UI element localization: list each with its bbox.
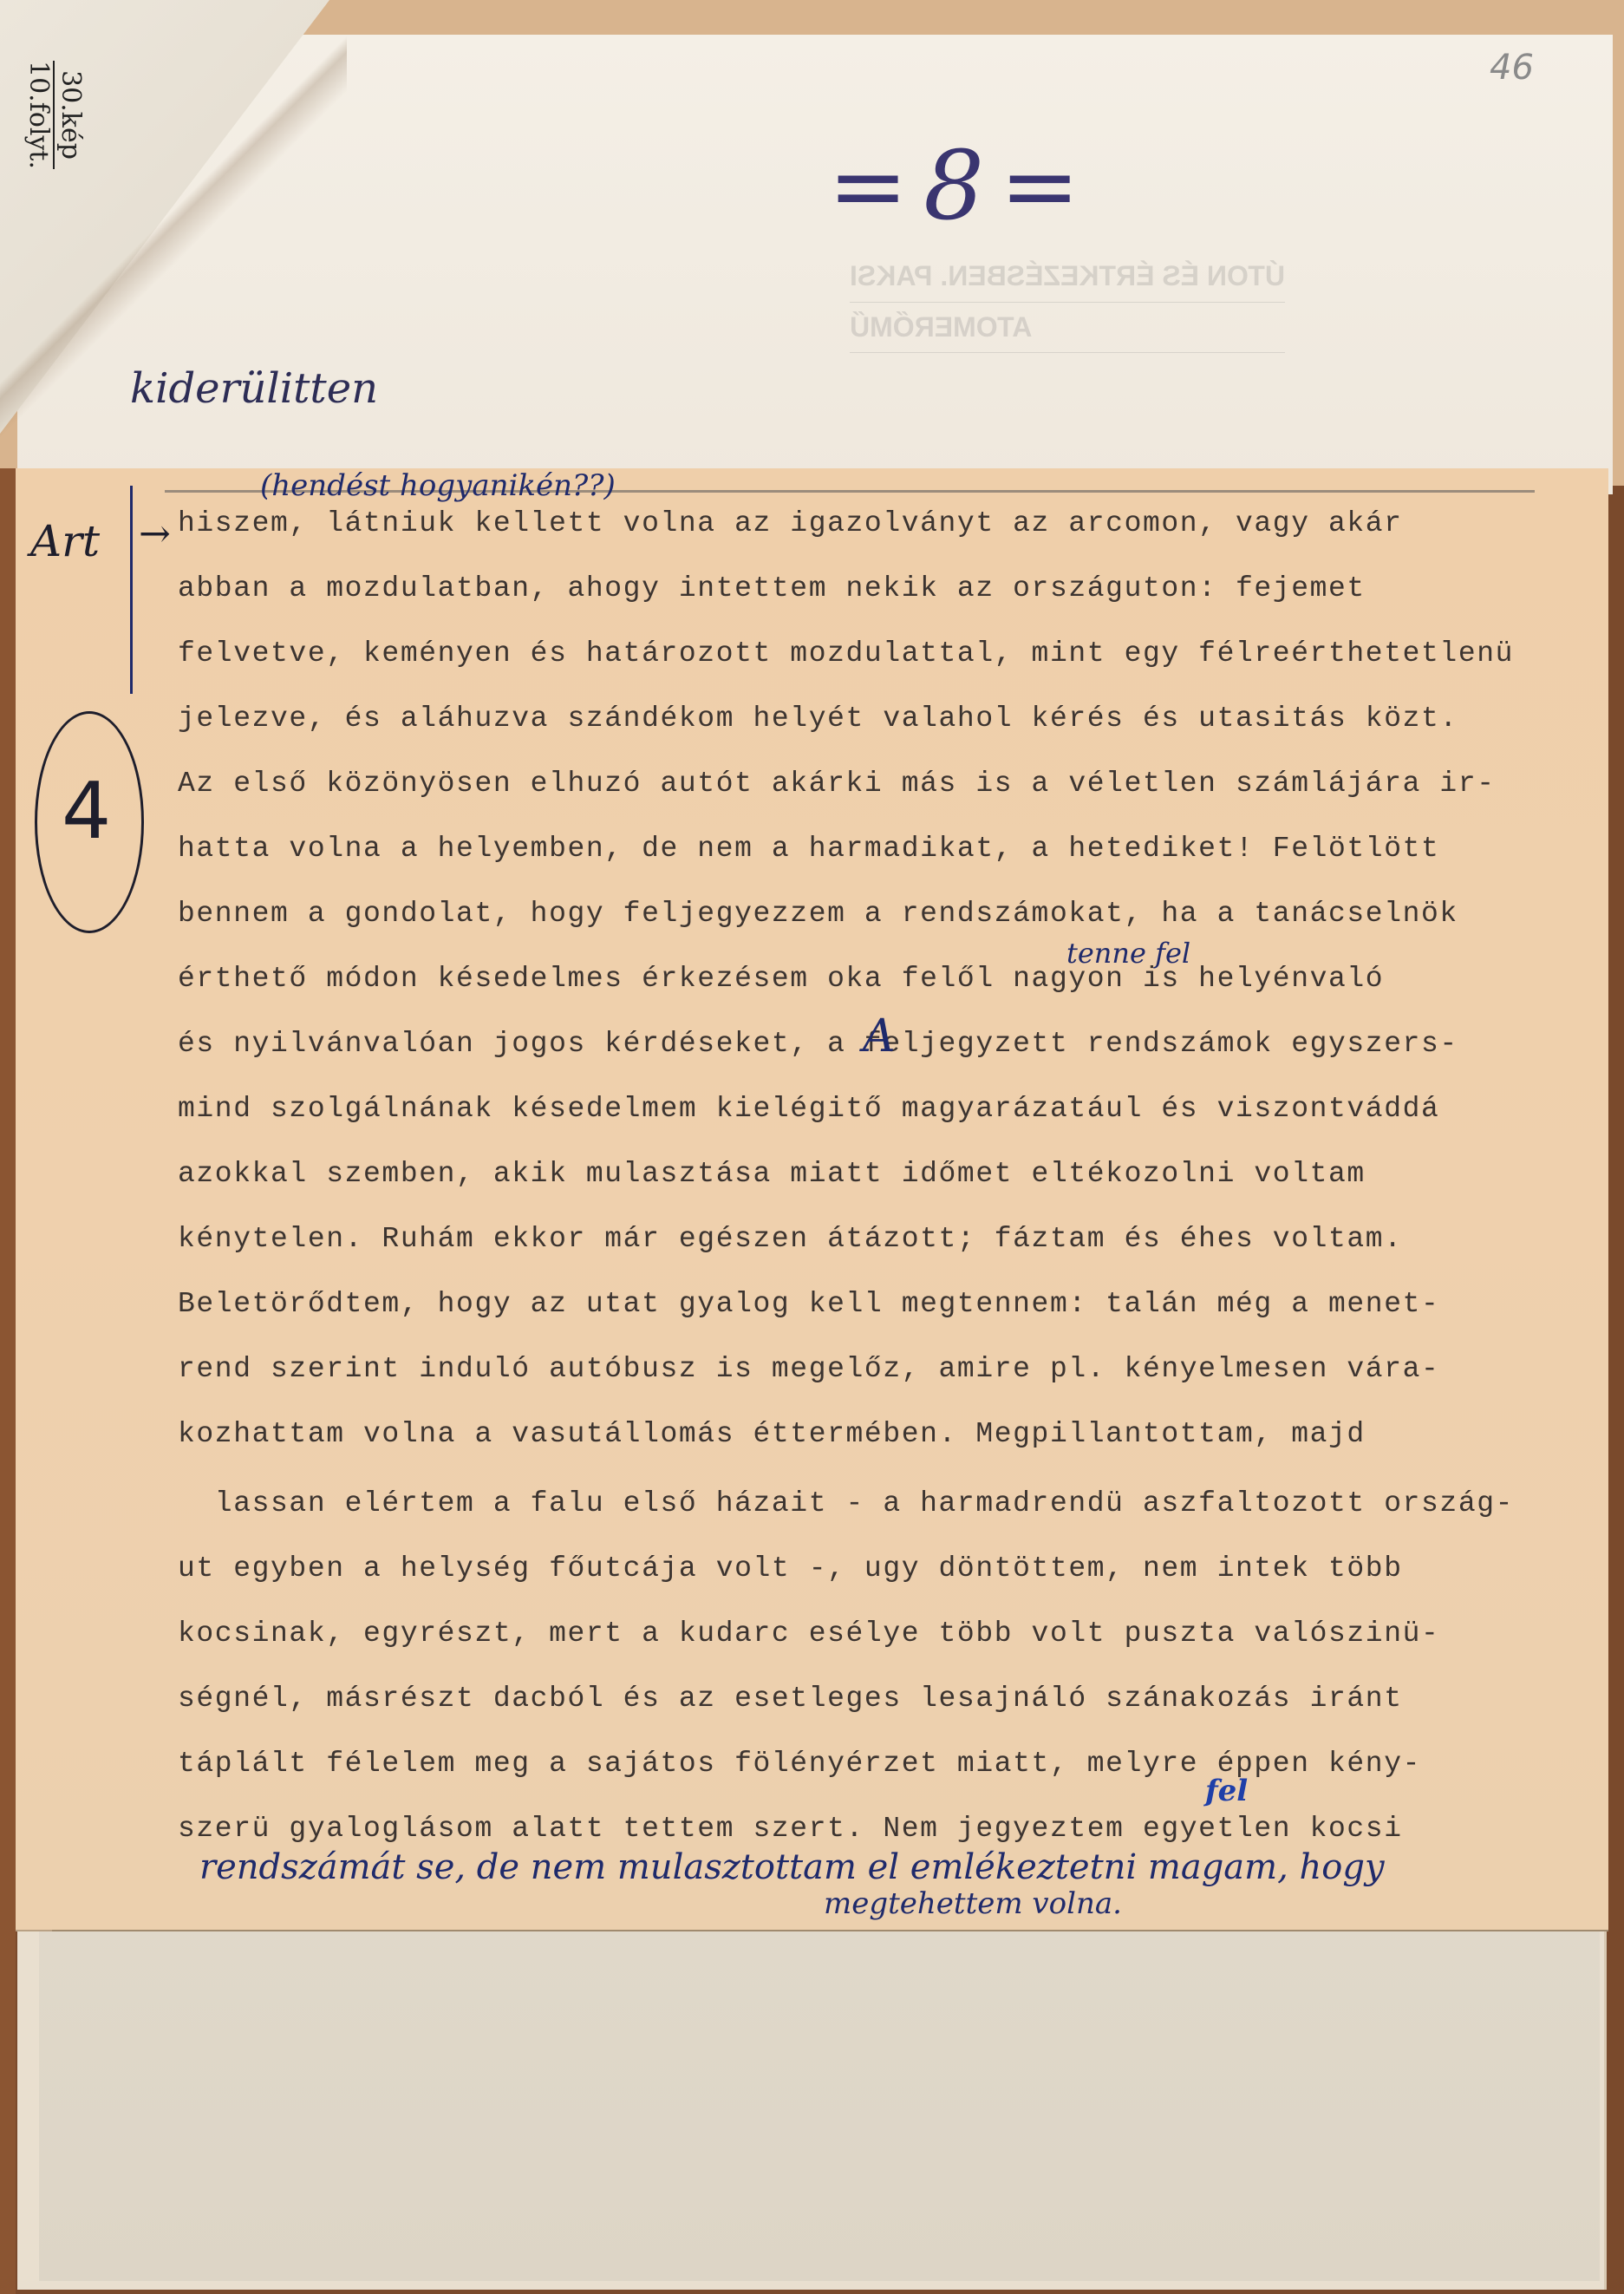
- insert-note-capital-a: A: [863, 1010, 896, 1062]
- typed-line: kocsinak, egyrészt, mert a kudarc esélye…: [178, 1618, 1439, 1650]
- typed-line: érthető módon késedelmes érkezésem oka f…: [178, 963, 1384, 995]
- handwritten-page-number: =8=: [828, 130, 1095, 241]
- handwritten-continuation-line1: rendszámát se, de nem mulasztottam el em…: [199, 1847, 1385, 1887]
- frame-label: 30.kép 10.folyt.: [24, 61, 85, 169]
- circled-number-mark: 4: [35, 711, 144, 933]
- typed-line: Az első közönyösen elhuzó autót akárki m…: [178, 768, 1496, 800]
- sheet-bottom-edge: [52, 1930, 1608, 1931]
- circled-number: 4: [62, 766, 111, 857]
- typed-line: hatta volna a helyemben, de nem a harmad…: [178, 833, 1439, 865]
- typed-line: felvetve, keményen és határozott mozdula…: [178, 637, 1514, 670]
- typed-line: hiszem, látniuk kellett volna az igazolv…: [178, 507, 1403, 539]
- typed-line: ségnél, másrészt dacból és az esetleges …: [178, 1683, 1403, 1715]
- folder-number: 10.folyt.: [23, 61, 54, 169]
- white-cover-page: [17, 35, 1613, 494]
- handwritten-header: kiderülitten: [130, 364, 378, 413]
- insert-note-fel: fel: [1205, 1774, 1248, 1808]
- handwritten-continuation-line2: megtehettem volna.: [824, 1886, 1122, 1921]
- typed-line: szerü gyaloglásom alatt tettem szert. Ne…: [178, 1813, 1403, 1845]
- typed-line: kozhattam volna a vasutállomás éttermébe…: [178, 1418, 1366, 1450]
- typed-line: bennem a gondolat, hogy feljegyezzem a r…: [178, 898, 1458, 930]
- margin-bracket: [130, 486, 133, 694]
- typed-line: Beletörődtem, hogy az utat gyalog kell m…: [178, 1288, 1439, 1320]
- typed-line: és nyilvánvalóan jogos kérdéseket, a fel…: [178, 1028, 1458, 1060]
- mirrored-bleed-through-title: ÚTON ÉS ÉRTKEZÉSBEN. PAKSI ATOMERŐMŰ: [850, 252, 1285, 353]
- typed-line: rend szerint induló autóbusz is megelőz,…: [178, 1353, 1439, 1385]
- typed-line: ut egyben a helység főutcája volt -, ugy…: [178, 1552, 1403, 1585]
- margin-note-top-insert: (hendést hogyanikén??): [260, 468, 616, 503]
- typed-line: jelezve, és aláhuzva szándékom helyét va…: [178, 703, 1458, 735]
- frame-number: 30.kép: [53, 61, 85, 169]
- margin-note-art: Art: [30, 516, 100, 566]
- typed-line: abban a mozdulatban, ahogy intettem neki…: [178, 572, 1366, 605]
- pencil-page-count: 46: [1490, 48, 1534, 88]
- typed-line: kénytelen. Ruhám ekkor már egészen átázo…: [178, 1223, 1403, 1255]
- arrow-icon: →: [139, 512, 171, 556]
- insert-note-tenne-fel: tenne fel: [1066, 937, 1190, 970]
- typed-line: lassan elértem a falu első házait - a ha…: [178, 1487, 1514, 1520]
- typed-line: mind szolgálnának késedelmem kielégitő m…: [178, 1093, 1439, 1125]
- wood-table-edge: [0, 468, 16, 2294]
- typed-line: azokkal szemben, akik mulasztása miatt i…: [178, 1158, 1366, 1190]
